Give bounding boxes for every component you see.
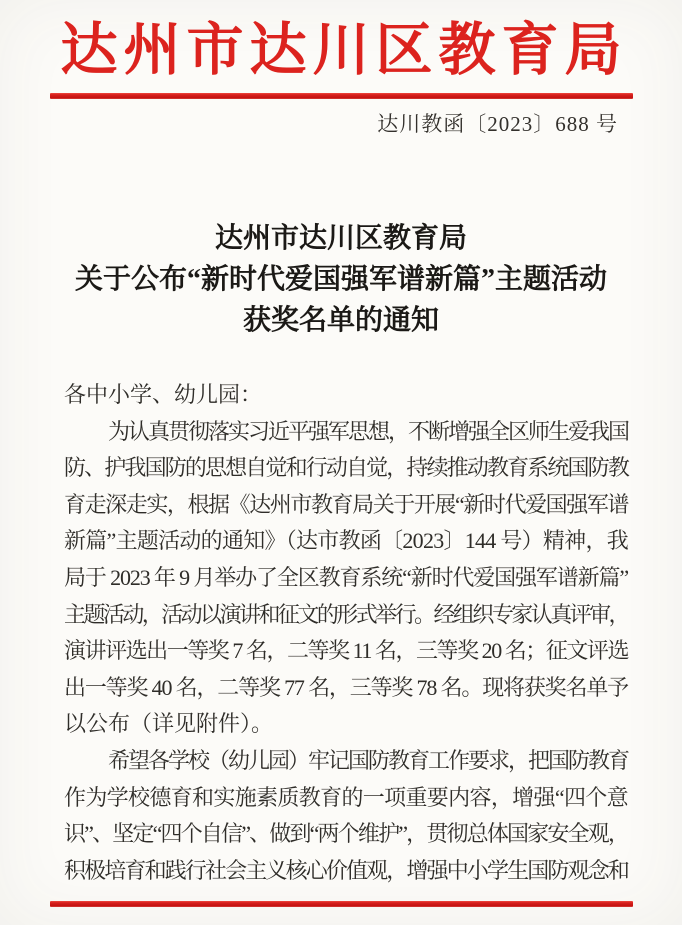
body-line: 积极培育和践行社会主义核心价值观，增强中小学生国防观念和 [64, 853, 628, 890]
document-title-line-2: 关于公布“新时代爱国强军谱新篇”主题活动 [0, 259, 682, 300]
footer-red-rule [50, 901, 633, 907]
body-line: 以公布（详见附件）。 [64, 706, 628, 743]
document-number: 达川教函〔2023〕688 号 [0, 111, 682, 137]
body-line: 新篇”主题活动的通知》（达市教函〔2023〕144 号）精神，我 [64, 523, 628, 560]
body-line: 局于 2023 年 9 月举办了全区教育系统“新时代爱国强军谱新篇” [64, 560, 628, 597]
document-title-line-3: 获奖名单的通知 [0, 300, 682, 341]
body-line: 识”、坚定“四个自信”、做到“两个维护”，贯彻总体国家安全观， [64, 816, 628, 853]
salutation: 各中小学、幼儿园： [64, 377, 628, 414]
body-line: 演讲评选出一等奖 7 名，二等奖 11 名，三等奖 20 名；征文评选 [64, 633, 628, 670]
letterhead-red-rule [50, 93, 633, 99]
body-line: 为认真贯彻落实习近平强军思想，不断增强全区师生爱我国 [64, 414, 628, 451]
document-body: 各中小学、幼儿园： 为认真贯彻落实习近平强军思想，不断增强全区师生爱我国 防、护… [0, 377, 682, 889]
document-page: 达州市达川区教育局 达川教函〔2023〕688 号 达州市达川区教育局 关于公布… [0, 0, 682, 925]
document-title-line-1: 达州市达川区教育局 [0, 218, 682, 259]
body-line: 出一等奖 40 名，二等奖 77 名，三等奖 78 名。现将获奖名单予 [64, 670, 628, 707]
body-line: 希望各学校（幼儿园）牢记国防教育工作要求，把国防教育 [64, 743, 628, 780]
body-line: 作为学校德育和实施素质教育的一项重要内容，增强“四个意 [64, 780, 628, 817]
body-line: 育走深走实，根据《达州市教育局关于开展“新时代爱国强军谱 [64, 487, 628, 524]
document-title: 达州市达川区教育局 关于公布“新时代爱国强军谱新篇”主题活动 获奖名单的通知 [0, 218, 682, 341]
body-line: 主题活动，活动以演讲和征文的形式举行。经组织专家认真评审， [64, 597, 628, 634]
letterhead-agency-name: 达州市达川区教育局 [0, 20, 682, 82]
body-line: 防、护我国防的思想自觉和行动自觉，持续推动教育系统国防教 [64, 450, 628, 487]
